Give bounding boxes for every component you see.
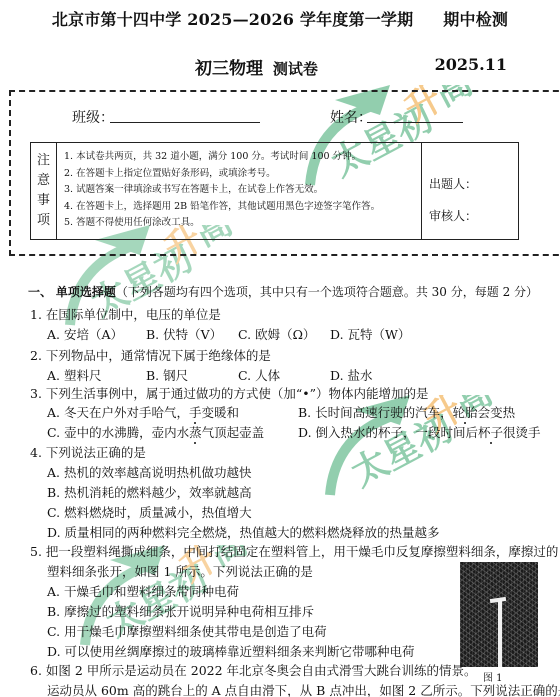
q3-option-a[interactable]: A. 冬天在户外对手哈气，手变暖和 [47,403,239,421]
name-label: 姓名： [330,107,372,127]
school-term: 北京市第十四中学 2025—2026 学年度第一学期 [52,10,413,29]
emphasis-mark: 手 [189,403,202,421]
q5-option-a[interactable]: A. 干燥毛巾和塑料细条带同种电荷 [47,582,239,600]
exam-header-title: 北京市第十四中学 2025—2026 学年度第一学期期中检测 [0,7,560,30]
notice-item: 4. 在答题卡上，选择题用 2B 铅笔作答，其他试题用黑色字迹签字笔作答。 [64,199,421,216]
q3-option-b[interactable]: B. 长时间高速行驶的汽车，轮胎会变热 [298,403,515,421]
q5-option-d[interactable]: D. 可以使用丝绸摩擦过的玻璃棒靠近塑料细条来判断它带哪种电荷 [47,642,415,660]
q1-option-a[interactable]: A. 安培（A） [47,325,123,343]
exam-date: 2025.11 [435,55,507,74]
question-6-stem-line2: 运动员从 60m 高的跳台上的 A 点自由滑下，从 B 点冲出，如图 2 乙所示… [47,681,560,697]
svg-text:太星初: 太星初 [345,408,460,495]
question-5-stem-line2: 塑料细条张开，如图 1 所示。下列说法正确的是 [47,562,313,580]
q2-option-a[interactable]: A. 塑料尺 [47,366,101,384]
reviewer-label: 审核人： [429,200,518,232]
section-title: 单项选择题 [56,285,116,299]
class-label: 班级： [72,107,114,127]
section-heading: 一、 单项选择题（下列各题均有四个选项，其中只有一个选项符合题意。共 30 分，… [28,283,538,300]
setter-label: 出题人： [429,168,518,200]
q1-option-c[interactable]: C. 欧姆（Ω） [238,325,315,343]
emphasis-mark: 轮胎 [453,403,478,421]
question-6-stem-line1: 6. 如图 2 甲所示是运动员在 2022 年北京冬奥会自由式滑雪大跳台训练的情… [30,661,477,679]
q2-option-c[interactable]: C. 人体 [238,366,280,384]
q1-option-d[interactable]: D. 瓦特（W） [330,325,410,343]
emphasis-mark: 杯子 [478,423,503,441]
question-1-stem: 1. 在国际单位制中，电压的单位是 [30,305,221,323]
subject-title: 初三物理 测试卷 [195,54,318,79]
q4-option-a[interactable]: A. 热机的效率越高说明热机做功越快 [47,463,251,481]
paper-type: 测试卷 [273,60,318,78]
notice-item: 2. 在答题卡上指定位置贴好条形码，或填涂考号。 [64,166,421,183]
name-field[interactable] [367,122,463,123]
question-4-stem: 4. 下列说法正确的是 [30,443,146,461]
q2-option-d[interactable]: D. 盐水 [330,366,373,384]
notice-items: 1. 本试卷共两页，共 32 道小题，满分 100 分。考试时间 100 分钟。… [57,143,422,239]
sign-area: 出题人： 审核人： [422,143,518,239]
q3-option-c[interactable]: C. 壶中的水沸腾，壶内水蒸气顶起壶盖 [47,423,264,441]
emphasis-mark: 水蒸气 [177,423,215,441]
section-instructions: （下列各题均有四个选项，其中只有一个选项符合题意。共 30 分，每题 2 分） [116,285,538,299]
question-2-stem: 2. 下列物品中，通常情况下属于绝缘体的是 [30,346,271,364]
figure-1-image [460,562,538,667]
notice-heading: 注 意 事 项 [31,143,57,239]
class-field[interactable] [110,122,260,123]
q2-option-b[interactable]: B. 钢尺 [146,366,188,384]
q4-option-b[interactable]: B. 热机消耗的燃料越少，效率就越高 [47,483,252,501]
question-3-stem: 3. 下列生活事例中，属于通过做功的方式使（加“•”）物体内能增加的是 [30,384,429,402]
notice-item: 1. 本试卷共两页，共 32 道小题，满分 100 分。考试时间 100 分钟。 [64,149,421,166]
q5-option-b[interactable]: B. 摩擦过的塑料细条张开说明异种电荷相互排斥 [47,602,314,620]
notice-item: 3. 试题答案一律填涂或书写在答题卡上，在试卷上作答无效。 [64,182,421,199]
notice-item: 5. 答题不得使用任何涂改工具。 [64,215,421,232]
notice-table: 注 意 事 项 1. 本试卷共两页，共 32 道小题，满分 100 分。考试时间… [30,142,519,240]
q5-option-c[interactable]: C. 用干燥毛巾摩擦塑料细条使其带电是创造了电荷 [47,622,327,640]
subject-name: 初三物理 [195,59,263,79]
q4-option-d[interactable]: D. 质量相同的两种燃料完全燃烧，热值越大的燃料燃烧释放的热量越多 [47,523,440,541]
q3-option-d[interactable]: D. 倒入热水的杯子，一段时间后杯子很烫手 [298,423,541,441]
q4-option-c[interactable]: C. 燃料燃烧时，质量减小，热值增大 [47,503,252,521]
question-5-stem-line1: 5. 把一段塑料绳撕成细条，中间打结固定在塑料管上，用干燥毛巾反复摩擦塑料细条，… [30,542,558,560]
exam-type: 期中检测 [443,10,508,29]
q1-option-b[interactable]: B. 伏特（V） [146,325,222,343]
